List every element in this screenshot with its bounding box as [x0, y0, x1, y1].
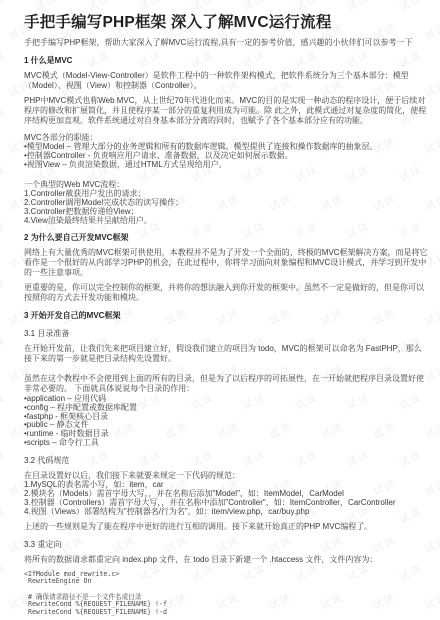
section-3-heading: 3 开始开发自己的MVC框架: [24, 311, 428, 321]
section-3-3-paragraph-1: 将所有的数据请求都重定向 index.php 文件，在 todo 目录下新建一个…: [24, 555, 428, 565]
section-3-1-paragraph-1: 在开始开发前，让我们先来把项目建立好，假设我们建立的项目为 todo，MVC的框…: [24, 344, 428, 364]
htaccess-code-block: <IfModule mod_rewrite.c> RewriteEngine O…: [24, 571, 428, 617]
section-3-2-heading: 3.2 代码规范: [24, 456, 428, 466]
mvc-flow-list: 一个典型的Web MVC流程： 1.Controller截获用户发出的请求； 2…: [24, 180, 428, 225]
article-intro: 手把手编写PHP框架，帮助大家深入了解MVC运行流程,具有一定的参考价值，感兴趣…: [24, 38, 428, 48]
directory-list: •application – 应用代码 •config – 程序配置或数据库配置…: [24, 395, 428, 448]
section-3-1-paragraph-2: 虽然在这个教程中不会使用到上面的所有的目录，但是为了以后程序的可拓展性，在一开始…: [24, 374, 428, 394]
section-3-1-heading: 3.1 目录准备: [24, 329, 428, 339]
section-2-paragraph-1: 网络上有大量优秀的MVC框架可供使用，本教程并不是为了开发一个全面的、终极的MV…: [24, 248, 428, 278]
image-placeholder-gap: [24, 364, 428, 374]
section-3-2-paragraph-2: 上述的一些规则是为了能在程序中更好的进行互相的调用。接下来就开始真正的PHP M…: [24, 522, 428, 532]
mvc-roles-list: MVC各部分的职能： •模型Model – 管理大部分的业务逻辑和所有的数据库逻…: [24, 133, 428, 169]
section-2-paragraph-2: 更重要的是，你可以完全控制你的框架，并将你的想法融入到你开发的框架中。虽然不一定…: [24, 283, 428, 303]
article-page: 手把手编写PHP框架 深入了解MVC运行流程 手把手编写PHP框架，帮助大家深入…: [0, 0, 440, 620]
article-title: 手把手编写PHP框架 深入了解MVC运行流程: [24, 14, 428, 32]
code-rules-list: 在目录设置好以后，我们接下来就要来规定一下代码的规范： 1.MySQL的表名需小…: [24, 471, 428, 516]
section-1-paragraph-2: PHP中MVC模式也称Web MVC，从上世纪70年代进化而来。MVC的目的是实…: [24, 96, 428, 126]
section-1-paragraph-1: MVC模式（Model-View-Controller）是软件工程中的一种软件架…: [24, 71, 428, 91]
section-3-3-heading: 3.3 重定向: [24, 540, 428, 550]
section-1-heading: 1 什么是MVC: [24, 56, 428, 66]
section-2-heading: 2 为什么要自己开发MVC框架: [24, 233, 428, 243]
